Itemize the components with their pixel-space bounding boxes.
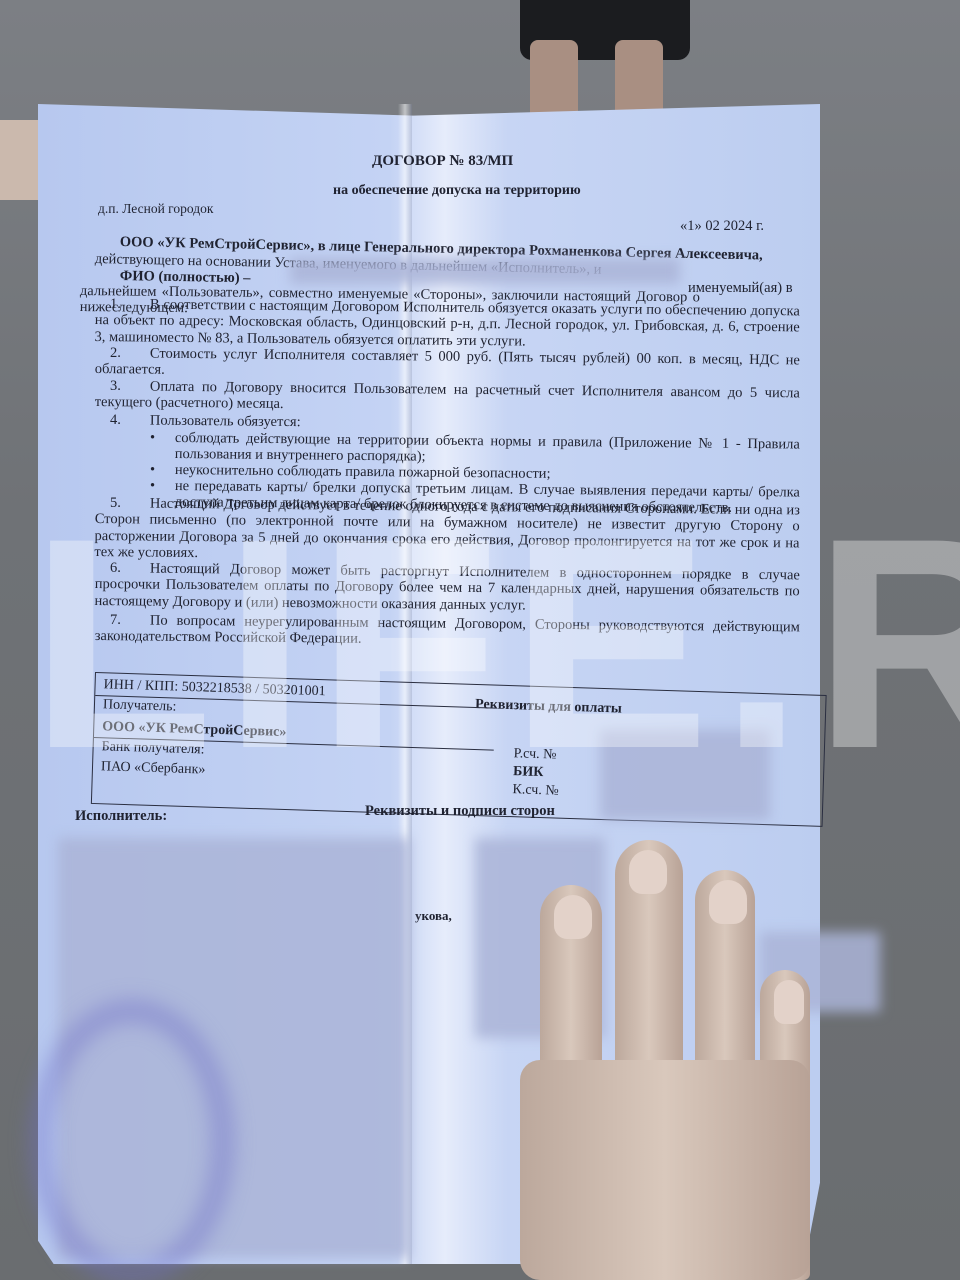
- redacted-name: [290, 258, 680, 284]
- document-title: ДОГОВОР № 83/МП: [372, 153, 513, 169]
- document-place: д.п. Лесной городок: [98, 201, 213, 217]
- covering-hand: [480, 840, 810, 1280]
- watermark: LIFE.RU: [30, 470, 960, 816]
- intro-line-4b: именуемый(ая) в: [688, 280, 793, 296]
- bullet-marker: •: [150, 430, 155, 446]
- partial-text: укова,: [415, 908, 452, 924]
- blurred-stamp: [30, 1000, 234, 1280]
- clause-text: В соответствии с настоящим Договором Исп…: [94, 296, 799, 353]
- document-date: «1» 02 2024 г.: [680, 218, 764, 234]
- document-subtitle: на обеспечение допуска на территорию: [333, 183, 581, 199]
